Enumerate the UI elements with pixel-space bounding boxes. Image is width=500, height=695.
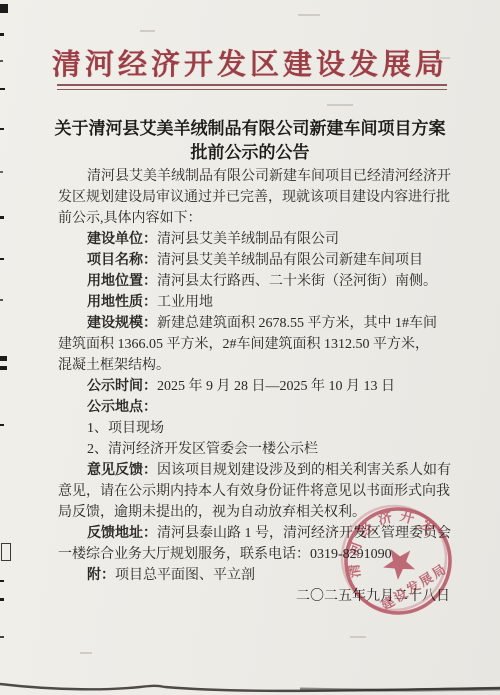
notice-line: 混凝土框架结构。 [58,355,451,376]
scan-artifact [0,128,4,130]
notice-heading: 关于清河县艾美羊绒制品有限公司新建车间项目方案 批前公示的公告 [0,117,500,165]
scan-artifact [0,60,3,62]
notice-line: 用地性质：工业用地 [58,292,451,313]
notice-line: 建设单位：清河县艾美羊绒制品有限公司 [58,229,451,250]
scan-artifact [0,88,5,90]
scan-artifact [0,366,7,370]
scan-smudge [298,14,320,16]
notice-line: 意见，请在公示期内持本人有效身份证件将意见以书面形式向我 [58,481,451,502]
scan-artifact [0,216,4,219]
scan-artifact [0,171,3,173]
seal-star-icon [377,541,420,583]
scan-artifact [0,33,4,36]
notice-line: 用地位置：清河县太行路西、二十米街（泾河街）南侧。 [58,271,451,292]
scan-artifact [0,258,4,260]
letterhead-divider [57,84,447,90]
page-edge-line [0,676,500,695]
notice-line: 公示时间：2025 年 9 月 28 日—2025 年 10 月 13 日 [58,376,451,397]
scan-smudge [327,104,353,106]
notice-line: 1、项目现场 [58,418,451,439]
scan-artifact [0,598,4,601]
notice-line: 意见反馈：因该项目规划建设涉及到的相关利害关系人如有 [58,460,451,481]
notice-line: 2、清河经济开发区管委会一楼公示栏 [58,439,451,460]
letterhead-title: 清河经济开发区建设发展局 [0,42,500,83]
official-seal: 清河经济开发区 建设发展局 [338,501,458,621]
notice-line: 清河县艾美羊绒制品有限公司新建车间项目已经清河经济开 [58,166,451,187]
scan-smudge [440,57,450,59]
scan-artifact [0,356,7,361]
notice-line: 建设规模：新建总建筑面积 2678.55 平方米，其中 1#车间 [58,313,451,334]
scan-smudge [140,30,155,32]
scan-smudge [350,636,366,638]
scan-artifact [0,4,8,13]
scanned-notice-page: 清河经济开发区建设发展局 关于清河县艾美羊绒制品有限公司新建车间项目方案 批前公… [0,0,500,695]
notice-line: 前公示,具体内容如下： [58,208,451,229]
scan-artifact [0,424,4,426]
scan-artifact [0,299,3,301]
notice-line: 建筑面积 1366.05 平方米，2#车间建筑面积 1312.50 平方米， [58,334,451,355]
notice-heading-line1: 关于清河县艾美羊绒制品有限公司新建车间项目方案 [0,117,500,141]
scan-artifact [0,636,4,638]
scan-smudge [80,652,92,654]
notice-heading-line2: 批前公示的公告 [0,141,500,165]
notice-line: 公示地点： [58,397,451,418]
notice-line: 发区规划建设局审议通过并已完善，现就该项目建设内容进行批 [58,187,451,208]
notice-line: 项目名称：清河县艾美羊绒制品有限公司新建车间项目 [58,250,451,271]
scan-artifact [0,580,4,582]
scan-artifact [1,543,11,561]
